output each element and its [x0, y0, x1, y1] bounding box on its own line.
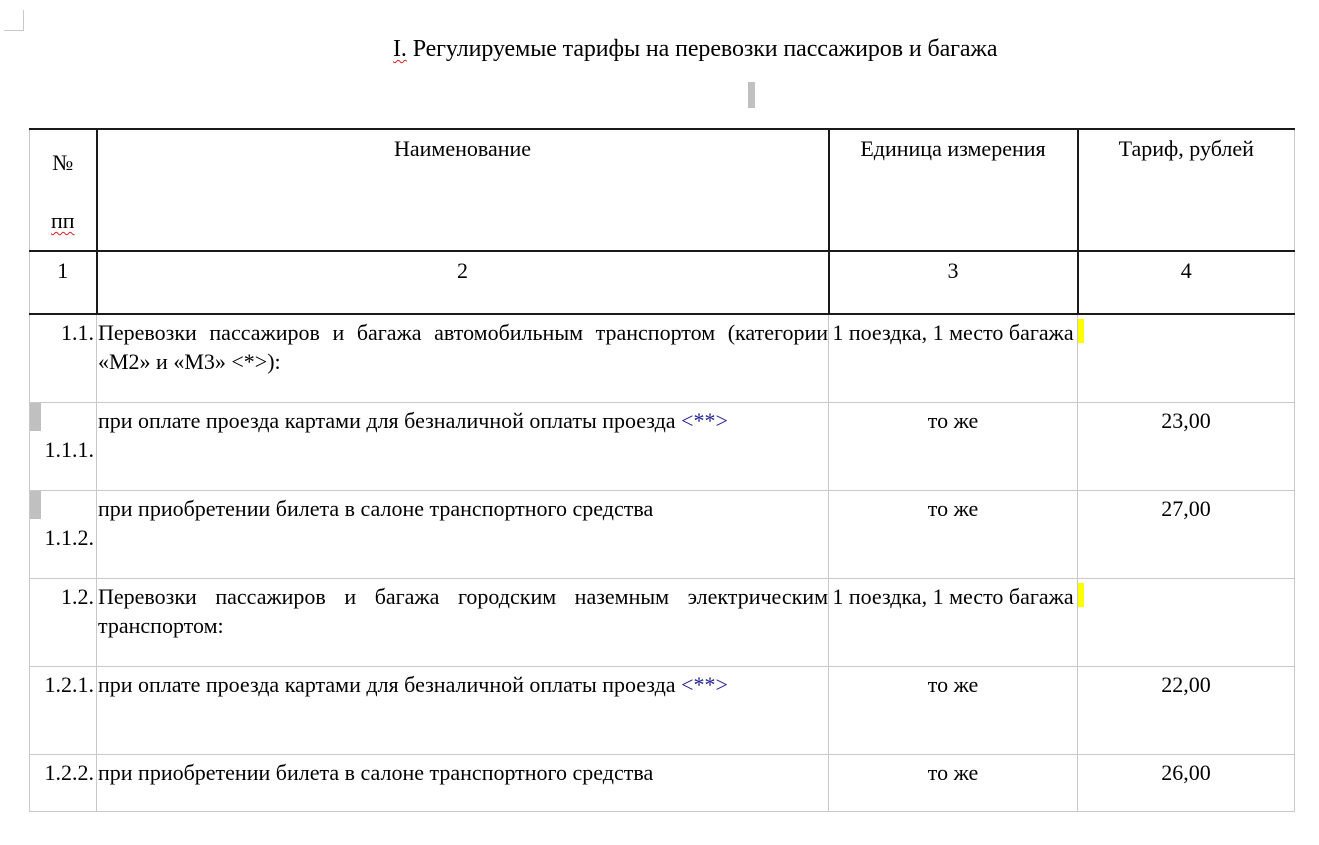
row-marker	[30, 491, 41, 519]
table-row: 1.1.1. при оплате проезда картами для бе…	[30, 402, 1295, 490]
column-number-4: 4	[1078, 251, 1295, 314]
title-prefix: I.	[393, 36, 407, 62]
header-number-abbrev: пп	[51, 208, 75, 233]
row-number: 1.2.2.	[30, 754, 97, 811]
page-corner-mark	[4, 10, 24, 31]
row-number-text: 1.1.2.	[45, 525, 95, 550]
row-description: при оплате проезда картами для безналичн…	[97, 402, 829, 490]
highlight-marker	[1078, 319, 1084, 343]
highlight-marker	[1078, 583, 1084, 607]
text-cursor-marker	[748, 82, 755, 108]
row-number: 1.1.	[30, 314, 97, 402]
description-text: Перевозки пассажиров и багажа автомобиль…	[98, 320, 828, 374]
description-text: при оплате проезда картами для безналичн…	[98, 672, 681, 697]
header-unit: Единица измерения	[829, 129, 1078, 251]
description-text: при приобретении билета в салоне транспо…	[98, 760, 653, 785]
column-number-2: 2	[97, 251, 829, 314]
description-text: при оплате проезда картами для безналичн…	[98, 408, 681, 433]
row-unit: 1 поездка, 1 место багажа	[829, 578, 1078, 666]
table-row: 1.2.2. при приобретении билета в салоне …	[30, 754, 1295, 811]
tariffs-table: № пп Наименование Единица измерения Тари…	[29, 128, 1295, 812]
table-row: 1.1. Перевозки пассажиров и багажа автом…	[30, 314, 1295, 402]
row-tariff	[1078, 578, 1295, 666]
row-tariff	[1078, 314, 1295, 402]
table-row: 1.2.1. при оплате проезда картами для бе…	[30, 666, 1295, 754]
footnote-reference-link[interactable]: <**>	[681, 672, 728, 697]
table-row: 1.2. Перевозки пассажиров и багажа город…	[30, 578, 1295, 666]
row-tariff: 22,00	[1078, 666, 1295, 754]
header-number-symbol: №	[30, 134, 96, 192]
header-tariff: Тариф, рублей	[1078, 129, 1295, 251]
row-number-text: 1.1.1.	[45, 437, 95, 462]
row-description: Перевозки пассажиров и багажа городским …	[97, 578, 829, 666]
row-unit: то же	[829, 754, 1078, 811]
header-name: Наименование	[97, 129, 829, 251]
description-text: Перевозки пассажиров и багажа городским …	[98, 584, 828, 638]
row-number: 1.2.1.	[30, 666, 97, 754]
row-marker	[30, 403, 41, 431]
row-unit: то же	[829, 666, 1078, 754]
row-unit: то же	[829, 402, 1078, 490]
footnote-reference-link[interactable]: <**>	[681, 408, 728, 433]
column-number-3: 3	[829, 251, 1078, 314]
table-row: 1.1.2. при приобретении билета в салоне …	[30, 490, 1295, 578]
title-text: Регулируемые тарифы на перевозки пассажи…	[407, 36, 998, 62]
row-unit: то же	[829, 490, 1078, 578]
section-title: I. Регулируемые тарифы на перевозки пасс…	[393, 34, 997, 64]
row-number: 1.2.	[30, 578, 97, 666]
header-number: № пп	[30, 129, 97, 251]
row-number: 1.1.1.	[30, 402, 97, 490]
column-numbers-row: 1 2 3 4	[30, 251, 1295, 314]
table-header-row: № пп Наименование Единица измерения Тари…	[30, 129, 1295, 251]
row-tariff: 23,00	[1078, 402, 1295, 490]
row-unit: 1 поездка, 1 место багажа	[829, 314, 1078, 402]
row-description: при приобретении билета в салоне транспо…	[97, 490, 829, 578]
row-description: при оплате проезда картами для безналичн…	[97, 666, 829, 754]
row-description: при приобретении билета в салоне транспо…	[97, 754, 829, 811]
row-number: 1.1.2.	[30, 490, 97, 578]
row-tariff: 26,00	[1078, 754, 1295, 811]
row-tariff: 27,00	[1078, 490, 1295, 578]
description-text: при приобретении билета в салоне транспо…	[98, 496, 653, 521]
row-description: Перевозки пассажиров и багажа автомобиль…	[97, 314, 829, 402]
column-number-1: 1	[30, 251, 97, 314]
